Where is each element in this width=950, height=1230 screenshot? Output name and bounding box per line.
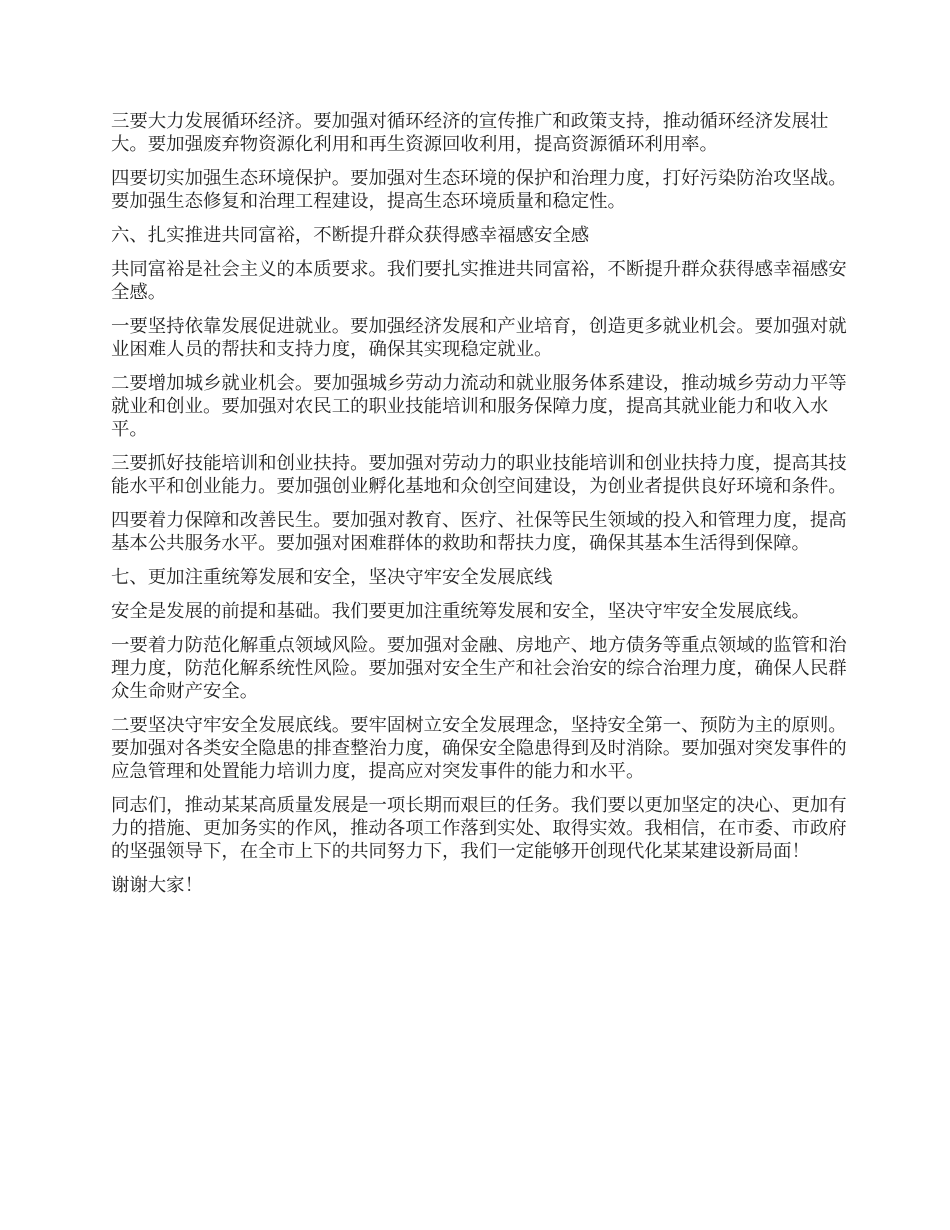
document-page: 三要大力发展循环经济。要加强对循环经济的宣传推广和政策支持，推动循环经济发展壮大… — [0, 0, 950, 1230]
paragraph: 四要切实加强生态环境保护。要加强对生态环境的保护和治理力度，打好污染防治攻坚战。… — [111, 167, 850, 213]
paragraph: 四要着力保障和改善民生。要加强对教育、医疗、社保等民生领域的投入和管理力度，提高… — [111, 509, 850, 555]
paragraph: 共同富裕是社会主义的本质要求。我们要扎实推进共同富裕，不断提升群众获得感幸福感安… — [111, 258, 850, 304]
paragraph: 同志们，推动某某高质量发展是一项长期而艰巨的任务。我们要以更加坚定的决心、更加有… — [111, 794, 850, 863]
paragraph: 一要坚持依靠发展促进就业。要加强经济发展和产业培育，创造更多就业机会。要加强对就… — [111, 315, 850, 361]
paragraph: 一要着力防范化解重点领域风险。要加强对金融、房地产、地方债务等重点领域的监管和治… — [111, 634, 850, 703]
document-body: 三要大力发展循环经济。要加强对循环经济的宣传推广和政策支持，推动循环经济发展壮大… — [111, 110, 850, 908]
paragraph: 谢谢大家！ — [111, 874, 850, 897]
paragraph: 三要大力发展循环经济。要加强对循环经济的宣传推广和政策支持，推动循环经济发展壮大… — [111, 110, 850, 156]
paragraph: 二要坚决守牢安全发展底线。要牢固树立安全发展理念，坚持安全第一、预防为主的原则。… — [111, 714, 850, 783]
paragraph: 安全是发展的前提和基础。我们要更加注重统筹发展和安全，坚决守牢安全发展底线。 — [111, 600, 850, 623]
paragraph: 三要抓好技能培训和创业扶持。要加强对劳动力的职业技能培训和创业扶持力度，提高其技… — [111, 452, 850, 498]
section-heading: 六、扎实推进共同富裕，不断提升群众获得感幸福感安全感 — [111, 224, 850, 247]
paragraph: 二要增加城乡就业机会。要加强城乡劳动力流动和就业服务体系建设，推动城乡劳动力平等… — [111, 372, 850, 441]
section-heading: 七、更加注重统筹发展和安全，坚决守牢安全发展底线 — [111, 566, 850, 589]
